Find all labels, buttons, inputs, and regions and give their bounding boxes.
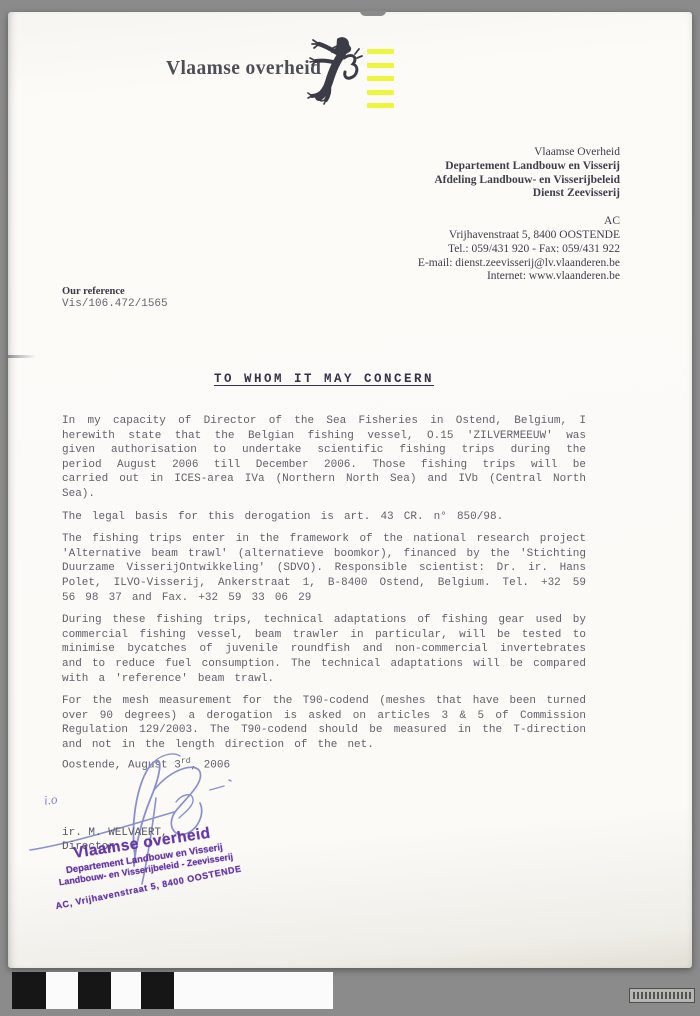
handwritten-note: i.o (43, 791, 58, 809)
stripe (367, 63, 394, 68)
body-paragraph: During these fishing trips, technical ad… (62, 613, 586, 686)
micro-label-text-marks (633, 992, 691, 999)
paper-top-notch (360, 11, 386, 16)
letter-page: Vlaamse overheid Vlaamse Overheid Depart… (8, 12, 692, 968)
letterhead-contact-line: AC (418, 215, 620, 229)
letterhead-service: Dienst Zeevisserij (418, 187, 620, 201)
scale-bar-segment (46, 972, 78, 1009)
subject-heading: TO WHOM IT MAY CONCERN (62, 372, 586, 386)
scan-background: { "logo": { "wordmark": "Vlaamse overhei… (0, 0, 700, 1016)
stripe (367, 90, 394, 95)
letter-body: In my capacity of Director of the Sea Fi… (62, 414, 586, 760)
scale-bar-segment (12, 972, 46, 1009)
stripe (367, 49, 394, 54)
letterhead-org: Vlaamse Overheid (418, 146, 620, 160)
letterhead-contact-line: Tel.: 059/431 920 - Fax: 059/431 922 (418, 243, 620, 257)
letterhead-contact-line: Vrijhavenstraat 5, 8400 OOSTENDE (418, 229, 620, 243)
paper-crease (8, 355, 36, 358)
letterhead-division: Afdeling Landbouw- en Visserijbeleid (418, 174, 620, 188)
letterhead-contact-line: Internet: www.vlaanderen.be (418, 270, 620, 284)
body-paragraph: For the mesh measurement for the T90-cod… (62, 694, 586, 752)
stripe (367, 76, 394, 81)
scale-bar (12, 972, 333, 1009)
reference-block: Our reference Vis/106.472/1565 (62, 286, 168, 310)
reference-value: Vis/106.472/1565 (62, 298, 168, 310)
body-paragraph: The fishing trips enter in the framework… (62, 532, 586, 605)
stripe (367, 103, 394, 108)
brand-stripes (367, 49, 394, 108)
flemish-lion-icon (306, 34, 364, 106)
brand-wordmark: Vlaamse overheid (166, 58, 321, 80)
letterhead-contact-line: E-mail: dienst.zeevisserij@lv.vlaanderen… (418, 257, 620, 271)
micro-label (629, 988, 695, 1003)
scale-bar-segment (111, 972, 141, 1009)
scale-bar-segment (174, 972, 333, 1009)
body-paragraph: The legal basis for this derogation is a… (62, 510, 586, 525)
letterhead-block: Vlaamse Overheid Departement Landbouw en… (418, 146, 620, 284)
scale-bar-segment (141, 972, 174, 1009)
scale-bar-segment (78, 972, 111, 1009)
letterhead-department: Departement Landbouw en Visserij (418, 160, 620, 174)
body-paragraph: In my capacity of Director of the Sea Fi… (62, 414, 586, 502)
reference-label: Our reference (62, 286, 168, 297)
